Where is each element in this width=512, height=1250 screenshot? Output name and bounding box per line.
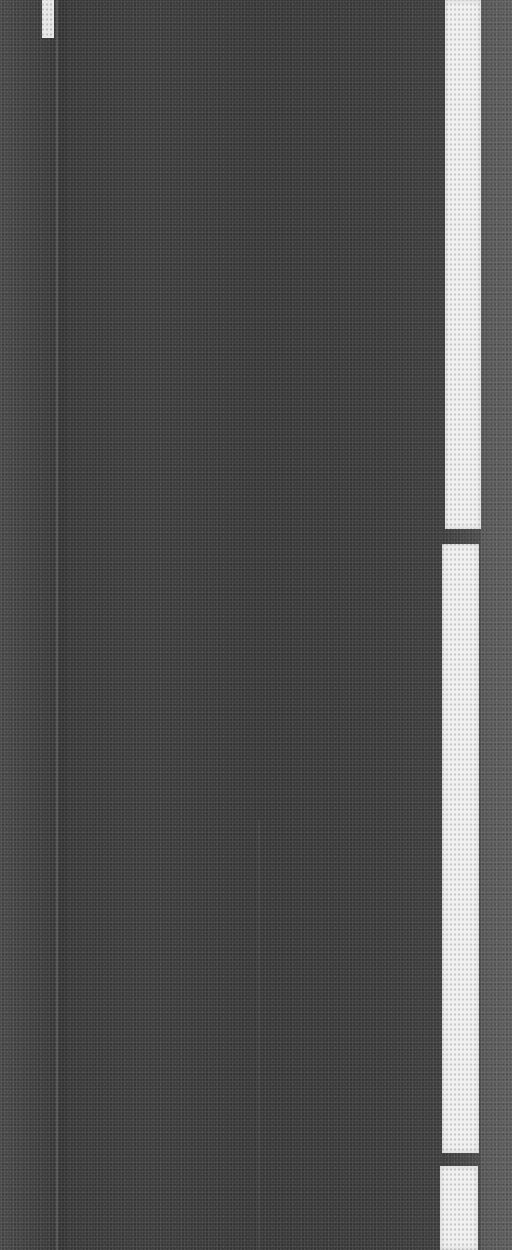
pavement-crack bbox=[55, 0, 59, 1250]
lane-marking-segment bbox=[442, 544, 479, 1153]
pavement-seam bbox=[258, 820, 260, 1250]
road-shoulder bbox=[481, 0, 512, 1250]
asphalt-texture bbox=[0, 0, 512, 1250]
lane-marking-segment bbox=[440, 1166, 478, 1250]
road-aerial-image bbox=[0, 0, 512, 1250]
lane-marking-segment bbox=[445, 0, 481, 529]
edge-marking-fragment bbox=[42, 0, 54, 38]
